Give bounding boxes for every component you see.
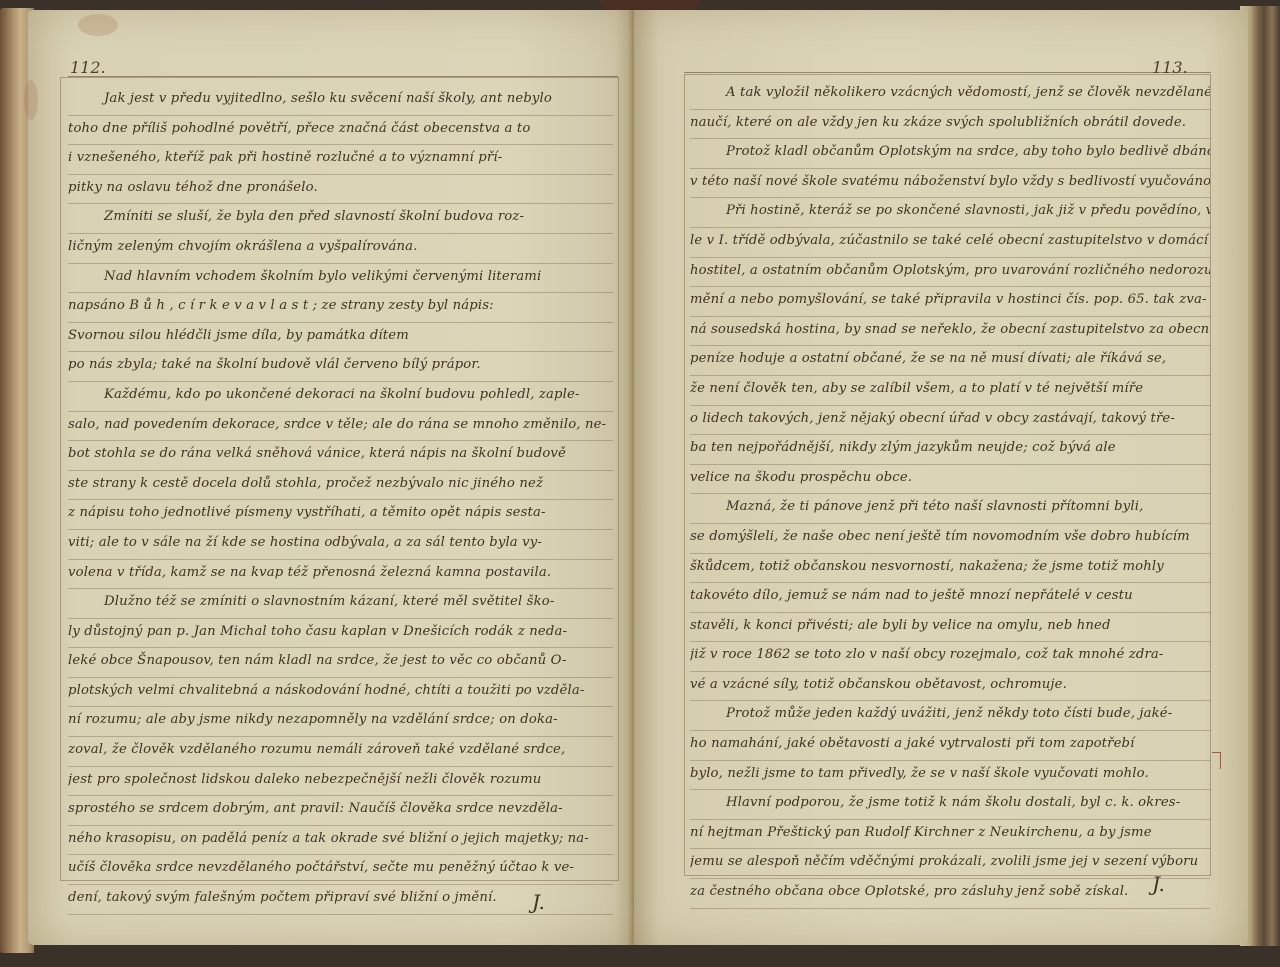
text-line: Mazná, že ti pánove jenž při této naší s… (690, 494, 1210, 524)
text-line: ho namahání, jaké obětavosti a jaké vytr… (690, 731, 1210, 761)
text-line: i vznešeného, kteříž pak při hostině roz… (68, 145, 613, 175)
text-line: naučí, které on ale vždy jen ku zkáze sv… (690, 110, 1210, 140)
text-line: volena v třída, kamž se na kvap též přen… (68, 560, 613, 590)
text-line: po nás zbyla; také na školní budově vlál… (68, 352, 613, 382)
text-line: viti; ale to v sále na ží kde se hostina… (68, 530, 613, 560)
text-line: škůdcem, totiž občanskou nesvorností, na… (690, 554, 1210, 584)
text-line: v této naší nové škole svatému náboženst… (690, 169, 1210, 199)
left-page-number: 112. (70, 58, 106, 77)
text-line: le v I. třídě odbývala, zúčastnilo se ta… (690, 228, 1210, 258)
text-line: peníze hoduje a ostatní občané, že se na… (690, 346, 1210, 376)
text-line: za čestného občana obce Oplotské, pro zá… (690, 879, 1210, 909)
text-line: Zmíniti se sluší, že byla den před slavn… (68, 204, 613, 234)
text-line: sprostého se srdcem dobrým, ant pravil: … (68, 796, 613, 826)
text-line: plotských velmi chvalitebná a náskodován… (68, 678, 613, 708)
text-line: učíš člověka srdce nevzdělaného počtářst… (68, 855, 613, 885)
text-line: vé a vzácné síly, totiž občanskou obětav… (690, 672, 1210, 702)
text-line: ly důstojný pan p. Jan Michal toho času … (68, 619, 613, 649)
text-line: o lidech takových, jenž nějaký obecní úř… (690, 406, 1210, 436)
text-line: ba ten nejpořádnější, nikdy zlým jazykům… (690, 435, 1210, 465)
text-line: stavěli, k konci přivésti; ale byli by v… (690, 613, 1210, 643)
text-line: již v roce 1862 se toto zlo v naší obcy … (690, 642, 1210, 672)
paper-stain (78, 14, 118, 36)
text-line: pitky na oslavu téhož dne pronášelo. (68, 175, 613, 205)
text-line: takovéto dílo, jemuž se nám nad to ještě… (690, 583, 1210, 613)
text-line: toho dne příliš pohodlné povětří, přece … (68, 116, 613, 146)
text-line: ní rozumu; ale aby jsme nikdy nezapomněl… (68, 707, 613, 737)
text-line: hostitel, a ostatním občanům Oplotským, … (690, 258, 1210, 288)
text-line: jest pro společnost lidskou daleko nebez… (68, 767, 613, 797)
text-line: Každému, kdo po ukončené dekoraci na ško… (68, 382, 613, 412)
right-page-text: A tak vyložil několikero vzácných vědomo… (690, 80, 1210, 909)
text-line: napsáno B ů h , c í r k e v a v l a s t … (68, 293, 613, 323)
left-signature: J. (532, 890, 545, 914)
text-line: ná sousedská hostina, by snad se neřeklo… (690, 317, 1210, 347)
text-line: salo, nad povedením dekorace, srdce v tě… (68, 412, 613, 442)
text-line: zoval, že člověk vzdělaného rozumu nemál… (68, 737, 613, 767)
text-line: Jak jest v předu vyjitedlno, sešlo ku sv… (68, 86, 613, 116)
text-line: ste strany k cestě docela dolů stohla, p… (68, 471, 613, 501)
text-line: z nápisu toho jednotlivé písmeny vystříh… (68, 500, 613, 530)
text-line: Svornou silou hlédčli jsme díla, by pamá… (68, 323, 613, 353)
text-line: A tak vyložil několikero vzácných vědomo… (690, 80, 1210, 110)
paper-stain (24, 80, 38, 120)
right-header-rule (684, 72, 1211, 73)
right-signature: J. (1152, 872, 1165, 896)
text-line: leké obce Šnapousov, ten nám kladl na sr… (68, 648, 613, 678)
text-line: že není člověk ten, aby se zalíbil všem,… (690, 376, 1210, 406)
text-line: Protož může jeden každý uvážiti, jenž ně… (690, 701, 1210, 731)
text-line: bylo, nežli jsme to tam přivedly, že se … (690, 761, 1210, 791)
text-line: mění a nebo pomyšlování, se také připrav… (690, 287, 1210, 317)
text-line: velice na škodu prospěchu obce. (690, 465, 1210, 495)
text-line: se domýšleli, že naše obec není ještě tí… (690, 524, 1210, 554)
left-page-text: Jak jest v předu vyjitedlno, sešlo ku sv… (68, 86, 613, 915)
text-line: bot stohla se do rána velká sněhová váni… (68, 441, 613, 471)
text-line: ného krasopisu, on padělá peníz a tak ok… (68, 826, 613, 856)
text-line: Nad hlavním vchodem školním bylo velikým… (68, 264, 613, 294)
text-line: jemu se alespoň něčím vděčnými prokázali… (690, 849, 1210, 879)
text-line: ní hejtman Přeštický pan Rudolf Kirchner… (690, 820, 1210, 850)
text-line: Dlužno též se zmíniti o slavnostním káza… (68, 589, 613, 619)
text-line: Protož kladl občanům Oplotským na srdce,… (690, 139, 1210, 169)
text-line: Při hostině, kteráž se po skončené slavn… (690, 198, 1210, 228)
open-book: 112. Jak jest v předu vyjitedlno, sešlo … (0, 0, 1280, 967)
text-line: Hlavní podporou, že jsme totiž k nám ško… (690, 790, 1210, 820)
red-pencil-mark (1212, 752, 1221, 769)
text-line: ličným zeleným chvojím okrášlena a vyšpa… (68, 234, 613, 264)
